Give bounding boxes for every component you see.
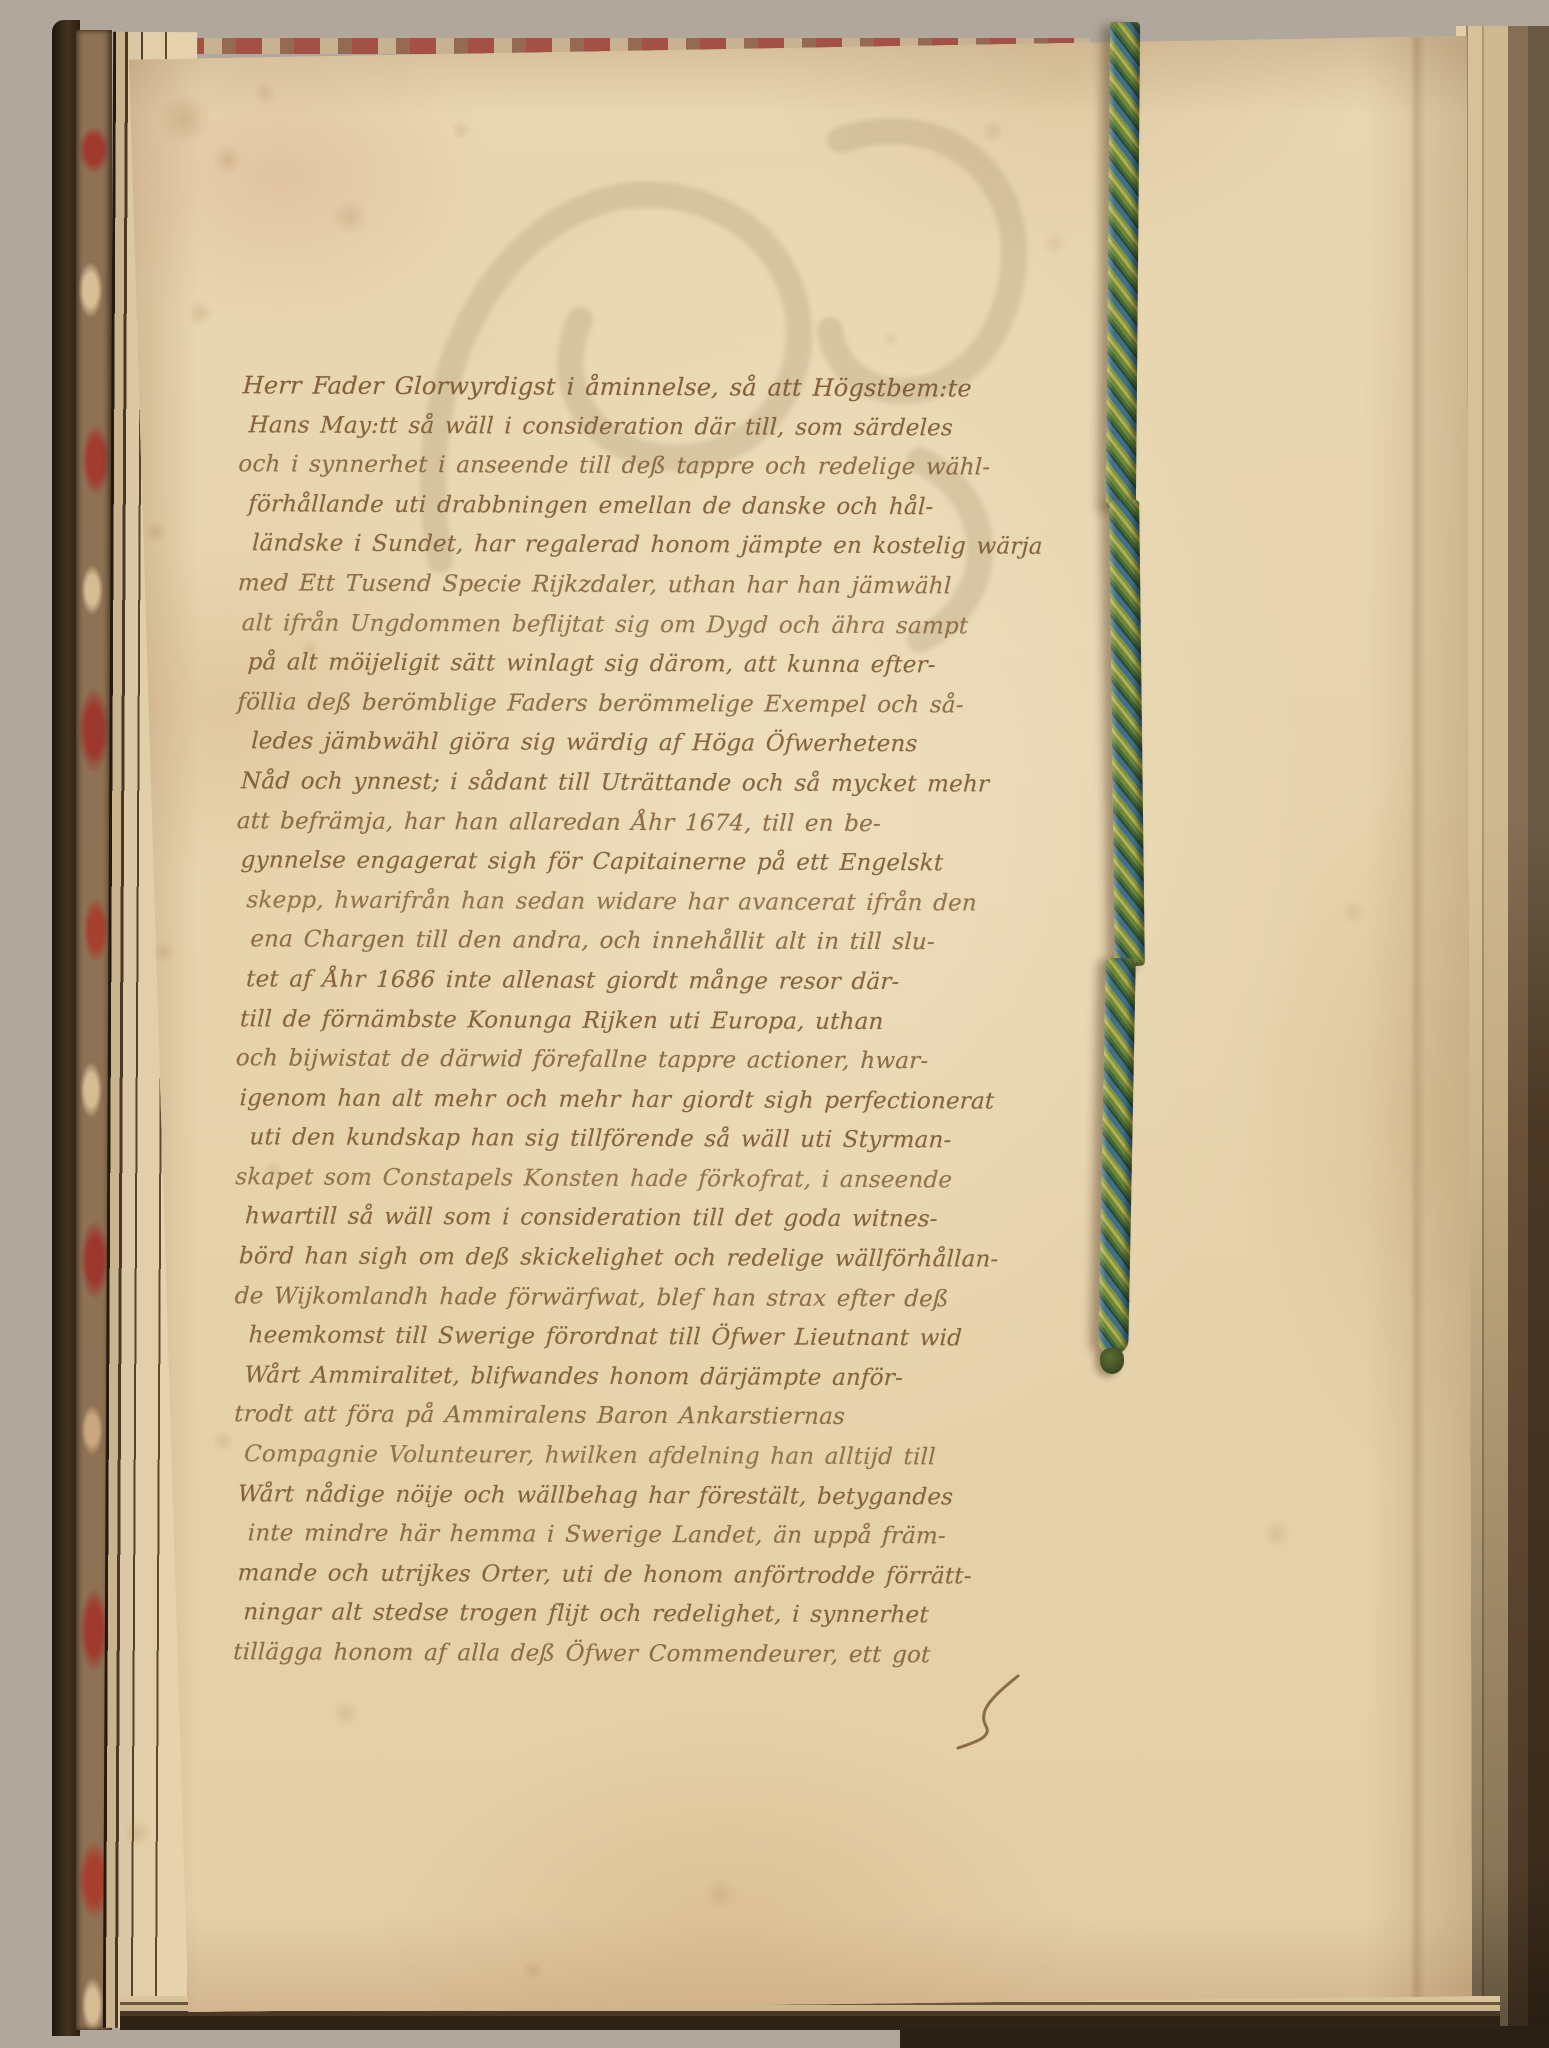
foxing-spot (210, 1430, 236, 1452)
manuscript-line: till de förnämbste Konunga Rijken uti Eu… (239, 1000, 1041, 1043)
manuscript-line: skepp, hwarifrån han sedan widare har av… (246, 881, 1042, 924)
manuscript-line: Nåd och ynnest; i sådant till Uträttande… (240, 762, 1042, 805)
manuscript-line: och bijwistat de därwid förefallne tappr… (235, 1039, 1041, 1082)
manuscript-line: Compagnie Volunteurer, hwilken afdelning… (243, 1435, 1039, 1478)
manuscript-line: igenom han alt mehr och mehr har giordt … (239, 1079, 1041, 1122)
foxing-spot (252, 82, 278, 104)
manuscript-line: med Ett Tusend Specie Rijkzdaler, uthan … (237, 564, 1043, 607)
manuscript-line: alt ifrån Ungdommen beflijtat sig om Dyg… (241, 604, 1043, 647)
bookmark-cord-tip (1100, 1348, 1124, 1374)
manuscript-line: och i synnerhet i anseende till deß tapp… (238, 445, 1044, 488)
manuscript-line: uti den kundskap han sig tillförende så … (249, 1119, 1041, 1162)
bookmark-cord-segment (1106, 22, 1140, 508)
foxing-spot (450, 120, 472, 140)
manuscript-line: ningar alt stedse trogen flijt och redel… (243, 1594, 1039, 1637)
foxing-spot (520, 1960, 546, 1980)
foxing-spot (1040, 230, 1070, 256)
manuscript-line: mande och utrijkes Orter, uti de honom a… (237, 1554, 1039, 1597)
foxing-spot (700, 1880, 740, 1910)
foxing-spot (880, 330, 902, 348)
manuscript-line: ländske i Sundet, har regalerad honom jä… (251, 525, 1043, 568)
foxing-spot (1260, 1520, 1294, 1548)
foxing-spot (330, 1700, 360, 1726)
manuscript-scan: Herr Fader Glorwyrdigst i åminnelse, så … (0, 0, 1549, 2048)
scanner-bed-sliver (0, 2036, 780, 2048)
manuscript-line: att befrämja, har han allaredan Åhr 1674… (236, 802, 1042, 845)
manuscript-line: ledes jämbwähl giöra sig wärdig af Höga … (250, 723, 1042, 766)
foxing-spot (210, 145, 244, 175)
manuscript-line: hwartill så wäll som i consideration til… (244, 1198, 1040, 1241)
manuscript-line: Hans May:tt så wäll i consideration där … (248, 406, 1044, 449)
foxing-spot (142, 520, 168, 544)
manuscript-line: gynnelse engagerat sigh för Capitainerne… (240, 841, 1042, 884)
manuscript-line: Wårt Ammiralitet, blifwandes honom därjä… (244, 1356, 1040, 1399)
manuscript-line: ena Chargen till den andra, och innehåll… (250, 921, 1042, 964)
bookmark-cord-segment (1109, 500, 1145, 966)
foxing-spot (150, 940, 176, 964)
manuscript-line: tillägga honom af alla deß Öfwer Commend… (232, 1633, 1038, 1676)
foxing-spot (330, 200, 370, 234)
manuscript-line: tet af Åhr 1686 inte allenast giordt mån… (245, 960, 1041, 1003)
manuscript-line: på alt möijeligit sätt winlagt sig därom… (247, 643, 1043, 686)
foxing-spot (155, 95, 215, 143)
manuscript-line: skapet som Constapels Konsten hade förko… (235, 1158, 1041, 1201)
manuscript-text-block: Herr Fader Glorwyrdigst i åminnelse, så … (237, 366, 1043, 1676)
foxing-spot (122, 1820, 152, 1846)
manuscript-line: de Wijkomlandh hade förwärfwat, blef han… (234, 1277, 1040, 1320)
foxing-spot (1340, 900, 1368, 924)
manuscript-line: Wårt nådige nöije och wällbehag har före… (237, 1475, 1039, 1518)
manuscript-line: förhållande uti drabbningen emellan de d… (247, 485, 1043, 528)
manuscript-line: föllia deß berömblige Faders berömmelige… (237, 683, 1043, 726)
manuscript-line: inte mindre här hemma i Swerige Landet, … (247, 1515, 1039, 1558)
manuscript-line: trodt att föra på Ammiralens Baron Ankar… (233, 1396, 1039, 1439)
manuscript-line: heemkomst till Swerige förordnat till Öf… (248, 1317, 1040, 1360)
pen-flourish-icon (942, 1672, 1032, 1754)
foxing-spot (980, 120, 1006, 142)
foxing-spot (185, 300, 215, 326)
manuscript-line: börd han sigh om deß skickelighet och re… (238, 1237, 1040, 1280)
manuscript-line: Herr Fader Glorwyrdigst i åminnelse, så … (242, 366, 1044, 409)
